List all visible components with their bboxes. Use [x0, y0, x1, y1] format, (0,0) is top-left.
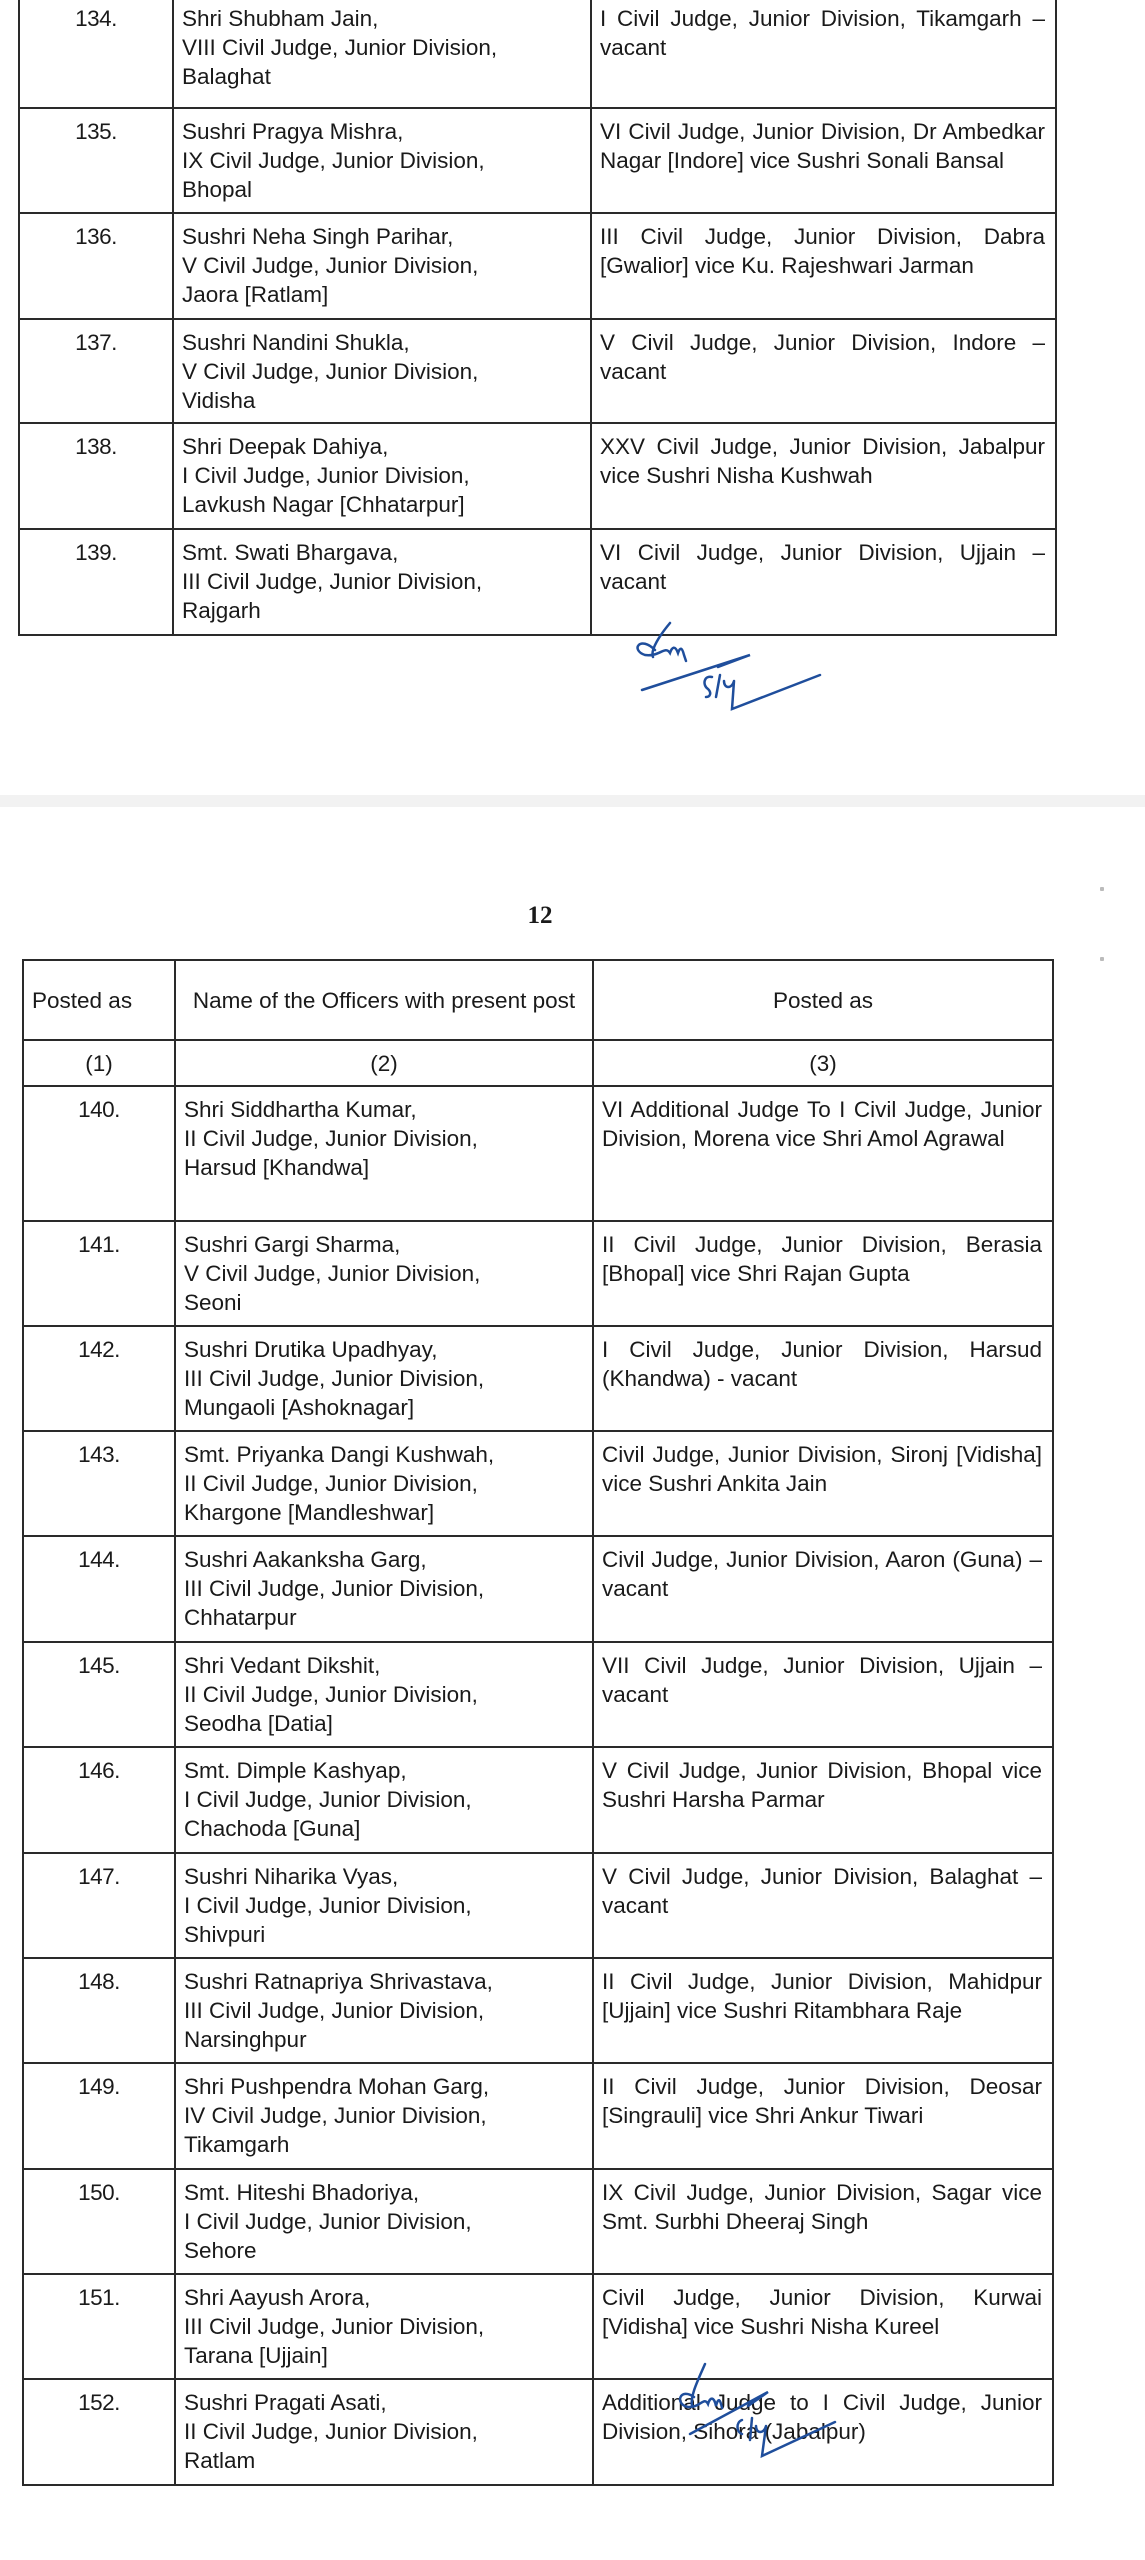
present-post-line: III Civil Judge, Junior Division, [184, 1996, 586, 2025]
officer-name-and-present-post: Shri Vedant Dikshit,II Civil Judge, Juni… [175, 1642, 593, 1747]
officer-name-and-present-post: Sushri Aakanksha Garg,III Civil Judge, J… [175, 1536, 593, 1642]
table-row: 141.Sushri Gargi Sharma,V Civil Judge, J… [23, 1221, 1053, 1326]
officer-name-and-present-post: Smt. Dimple Kashyap,I Civil Judge, Junio… [175, 1747, 593, 1853]
officer-name: Shri Pushpendra Mohan Garg, [184, 2072, 586, 2101]
column-header-officer-name: Name of the Officers with present post [175, 960, 593, 1040]
officer-name-and-present-post: Sushri Pragya Mishra,IX Civil Judge, Jun… [173, 108, 591, 213]
serial-number: 137. [19, 319, 173, 423]
document-page-11: 134.Shri Shubham Jain,VIII Civil Judge, … [0, 0, 1145, 795]
table-header-row: Posted as Name of the Officers with pres… [23, 960, 1053, 1040]
posted-as: III Civil Judge, Junior Division, Dabra … [591, 213, 1056, 319]
serial-number: 150. [23, 2169, 175, 2274]
posted-as: I Civil Judge, Junior Division, Harsud (… [593, 1326, 1053, 1431]
officer-name-and-present-post: Sushri Gargi Sharma,V Civil Judge, Junio… [175, 1221, 593, 1326]
posted-as: V Civil Judge, Junior Division, Balaghat… [593, 1853, 1053, 1958]
present-post-line: II Civil Judge, Junior Division, [184, 1124, 586, 1153]
serial-number: 144. [23, 1536, 175, 1642]
serial-number: 141. [23, 1221, 175, 1326]
officer-name: Shri Shubham Jain, [182, 4, 584, 33]
present-post-line: IV Civil Judge, Junior Division, [184, 2101, 586, 2130]
document-page-12: 12 Posted as Name of the Officers with p… [0, 807, 1145, 2560]
posted-as: VI Civil Judge, Junior Division, Dr Ambe… [591, 108, 1056, 213]
serial-number: 151. [23, 2274, 175, 2379]
serial-number: 139. [19, 529, 173, 635]
posted-as: V Civil Judge, Junior Division, Indore –… [591, 319, 1056, 423]
serial-number: 140. [23, 1086, 175, 1221]
page-number: 12 [0, 902, 1080, 930]
officer-name: Smt. Priyanka Dangi Kushwah, [184, 1440, 586, 1469]
table-row: 144.Sushri Aakanksha Garg,III Civil Judg… [23, 1536, 1053, 1642]
officer-name: Sushri Ratnapriya Shrivastava, [184, 1967, 586, 1996]
present-post-line: III Civil Judge, Junior Division, [184, 2312, 586, 2341]
posted-as: VII Civil Judge, Junior Division, Ujjain… [593, 1642, 1053, 1747]
officer-name: Shri Siddhartha Kumar, [184, 1095, 586, 1124]
table-row: 148.Sushri Ratnapriya Shrivastava,III Ci… [23, 1958, 1053, 2063]
present-post-line: III Civil Judge, Junior Division, [182, 567, 584, 596]
present-post-line: I Civil Judge, Junior Division, [184, 2207, 586, 2236]
present-post-line: V Civil Judge, Junior Division, [182, 357, 584, 386]
officer-name: Smt. Dimple Kashyap, [184, 1756, 586, 1785]
present-post-line: Mungaoli [Ashoknagar] [184, 1393, 586, 1422]
officer-name: Shri Aayush Arora, [184, 2283, 586, 2312]
serial-number: 147. [23, 1853, 175, 1958]
present-post-line: V Civil Judge, Junior Division, [184, 1259, 586, 1288]
officer-name-and-present-post: Shri Pushpendra Mohan Garg,IV Civil Judg… [175, 2063, 593, 2169]
officer-name-and-present-post: Smt. Hiteshi Bhadoriya,I Civil Judge, Ju… [175, 2169, 593, 2274]
present-post-line: Ratlam [184, 2446, 586, 2475]
officer-name: Smt. Swati Bhargava, [182, 538, 584, 567]
officer-name-and-present-post: Shri Shubham Jain,VIII Civil Judge, Juni… [173, 0, 591, 108]
officer-name-and-present-post: Sushri Nandini Shukla,V Civil Judge, Jun… [173, 319, 591, 423]
signature-icon [660, 2352, 880, 2462]
present-post-line: Jaora [Ratlam] [182, 280, 584, 309]
present-post-line: Tikamgarh [184, 2130, 586, 2159]
officer-name-and-present-post: Sushri Neha Singh Parihar,V Civil Judge,… [173, 213, 591, 319]
officer-name: Smt. Hiteshi Bhadoriya, [184, 2178, 586, 2207]
posting-table-page-1: 134.Shri Shubham Jain,VIII Civil Judge, … [18, 0, 1057, 636]
table-row: 149.Shri Pushpendra Mohan Garg,IV Civil … [23, 2063, 1053, 2169]
serial-number: 142. [23, 1326, 175, 1431]
posted-as: II Civil Judge, Junior Division, Deosar … [593, 2063, 1053, 2169]
officer-name: Sushri Neha Singh Parihar, [182, 222, 584, 251]
present-post-line: Sehore [184, 2236, 586, 2265]
present-post-line: I Civil Judge, Junior Division, [184, 1891, 586, 1920]
column-header-posted-as-new: Posted as [593, 960, 1053, 1040]
present-post-line: Narsinghpur [184, 2025, 586, 2054]
present-post-line: Chhatarpur [184, 1603, 586, 1632]
posted-as: Civil Judge, Junior Division, Sironj [Vi… [593, 1431, 1053, 1536]
present-post-line: Rajgarh [182, 596, 584, 625]
serial-number: 136. [19, 213, 173, 319]
present-post-line: Lavkush Nagar [Chhatarpur] [182, 490, 584, 519]
present-post-line: Seoni [184, 1288, 586, 1317]
scan-speck [1100, 887, 1104, 891]
officer-name: Sushri Pragya Mishra, [182, 117, 584, 146]
table-row: 150.Smt. Hiteshi Bhadoriya,I Civil Judge… [23, 2169, 1053, 2274]
serial-number: 145. [23, 1642, 175, 1747]
serial-number: 149. [23, 2063, 175, 2169]
table-row: 142.Sushri Drutika Upadhyay,III Civil Ju… [23, 1326, 1053, 1431]
present-post-line: I Civil Judge, Junior Division, [184, 1785, 586, 1814]
officer-name: Sushri Aakanksha Garg, [184, 1545, 586, 1574]
table-row: 151.Shri Aayush Arora,III Civil Judge, J… [23, 2274, 1053, 2379]
table-row: 138.Shri Deepak Dahiya,I Civil Judge, Ju… [19, 423, 1056, 529]
present-post-line: Tarana [Ujjain] [184, 2341, 586, 2370]
present-post-line: Khargone [Mandleshwar] [184, 1498, 586, 1527]
officer-name-and-present-post: Sushri Pragati Asati,II Civil Judge, Jun… [175, 2379, 593, 2485]
serial-number: 135. [19, 108, 173, 213]
officer-name: Sushri Pragati Asati, [184, 2388, 586, 2417]
column-number-2: (2) [175, 1040, 593, 1086]
officer-name: Sushri Niharika Vyas, [184, 1862, 586, 1891]
present-post-line: Vidisha [182, 386, 584, 415]
present-post-line: Bhopal [182, 175, 584, 204]
officer-name-and-present-post: Smt. Priyanka Dangi Kushwah,II Civil Jud… [175, 1431, 593, 1536]
posted-as: Civil Judge, Junior Division, Aaron (Gun… [593, 1536, 1053, 1642]
present-post-line: Harsud [Khandwa] [184, 1153, 586, 1182]
present-post-line: II Civil Judge, Junior Division, [184, 1469, 586, 1498]
serial-number: 143. [23, 1431, 175, 1536]
column-header-posted-as: Posted as [23, 960, 175, 1040]
posted-as: XXV Civil Judge, Junior Division, Jabalp… [591, 423, 1056, 529]
table-row: 136.Sushri Neha Singh Parihar,V Civil Ju… [19, 213, 1056, 319]
serial-number: 138. [19, 423, 173, 529]
present-post-line: II Civil Judge, Junior Division, [184, 1680, 586, 1709]
posted-as: I Civil Judge, Junior Division, Tikamgar… [591, 0, 1056, 108]
table-row: 140.Shri Siddhartha Kumar,II Civil Judge… [23, 1086, 1053, 1221]
table-row: 146.Smt. Dimple Kashyap,I Civil Judge, J… [23, 1747, 1053, 1853]
page-separator [0, 795, 1145, 807]
officer-name: Sushri Drutika Upadhyay, [184, 1335, 586, 1364]
officer-name-and-present-post: Sushri Ratnapriya Shrivastava,III Civil … [175, 1958, 593, 2063]
table-row: 135.Sushri Pragya Mishra,IX Civil Judge,… [19, 108, 1056, 213]
officer-name-and-present-post: Shri Siddhartha Kumar,II Civil Judge, Ju… [175, 1086, 593, 1221]
table-row: 145.Shri Vedant Dikshit,II Civil Judge, … [23, 1642, 1053, 1747]
officer-name: Sushri Nandini Shukla, [182, 328, 584, 357]
present-post-line: V Civil Judge, Junior Division, [182, 251, 584, 280]
officer-name-and-present-post: Shri Aayush Arora,III Civil Judge, Junio… [175, 2274, 593, 2379]
posted-as: VI Additional Judge To I Civil Judge, Ju… [593, 1086, 1053, 1221]
officer-name: Shri Deepak Dahiya, [182, 432, 584, 461]
posted-as: V Civil Judge, Junior Division, Bhopal v… [593, 1747, 1053, 1853]
officer-name-and-present-post: Sushri Niharika Vyas,I Civil Judge, Juni… [175, 1853, 593, 1958]
officer-name: Sushri Gargi Sharma, [184, 1230, 586, 1259]
posted-as: II Civil Judge, Junior Division, Mahidpu… [593, 1958, 1053, 2063]
table-row: 137.Sushri Nandini Shukla,V Civil Judge,… [19, 319, 1056, 423]
serial-number: 146. [23, 1747, 175, 1853]
present-post-line: II Civil Judge, Junior Division, [184, 2417, 586, 2446]
present-post-line: I Civil Judge, Junior Division, [182, 461, 584, 490]
serial-number: 152. [23, 2379, 175, 2485]
posting-table-page-2: Posted as Name of the Officers with pres… [22, 959, 1054, 2486]
table-row: 139.Smt. Swati Bhargava,III Civil Judge,… [19, 529, 1056, 635]
table-row: 152.Sushri Pragati Asati,II Civil Judge,… [23, 2379, 1053, 2485]
present-post-line: Seodha [Datia] [184, 1709, 586, 1738]
present-post-line: Shivpuri [184, 1920, 586, 1949]
serial-number: 148. [23, 1958, 175, 2063]
table-row: 143.Smt. Priyanka Dangi Kushwah,II Civil… [23, 1431, 1053, 1536]
present-post-line: III Civil Judge, Junior Division, [184, 1574, 586, 1603]
table-row: 147.Sushri Niharika Vyas,I Civil Judge, … [23, 1853, 1053, 1958]
officer-name: Shri Vedant Dikshit, [184, 1651, 586, 1680]
column-number-3: (3) [593, 1040, 1053, 1086]
present-post-line: VIII Civil Judge, Junior Division, [182, 33, 584, 62]
officer-name-and-present-post: Smt. Swati Bhargava,III Civil Judge, Jun… [173, 529, 591, 635]
signature-icon [620, 605, 840, 715]
column-number-1: (1) [23, 1040, 175, 1086]
present-post-line: Chachoda [Guna] [184, 1814, 586, 1843]
officer-name-and-present-post: Shri Deepak Dahiya,I Civil Judge, Junior… [173, 423, 591, 529]
officer-name-and-present-post: Sushri Drutika Upadhyay,III Civil Judge,… [175, 1326, 593, 1431]
posted-as: II Civil Judge, Junior Division, Berasia… [593, 1221, 1053, 1326]
present-post-line: Balaghat [182, 62, 584, 91]
present-post-line: IX Civil Judge, Junior Division, [182, 146, 584, 175]
table-row: 134.Shri Shubham Jain,VIII Civil Judge, … [19, 0, 1056, 108]
posted-as: IX Civil Judge, Junior Division, Sagar v… [593, 2169, 1053, 2274]
serial-number: 134. [19, 0, 173, 108]
scan-speck [1100, 957, 1104, 961]
table-column-number-row: (1) (2) (3) [23, 1040, 1053, 1086]
present-post-line: III Civil Judge, Junior Division, [184, 1364, 586, 1393]
